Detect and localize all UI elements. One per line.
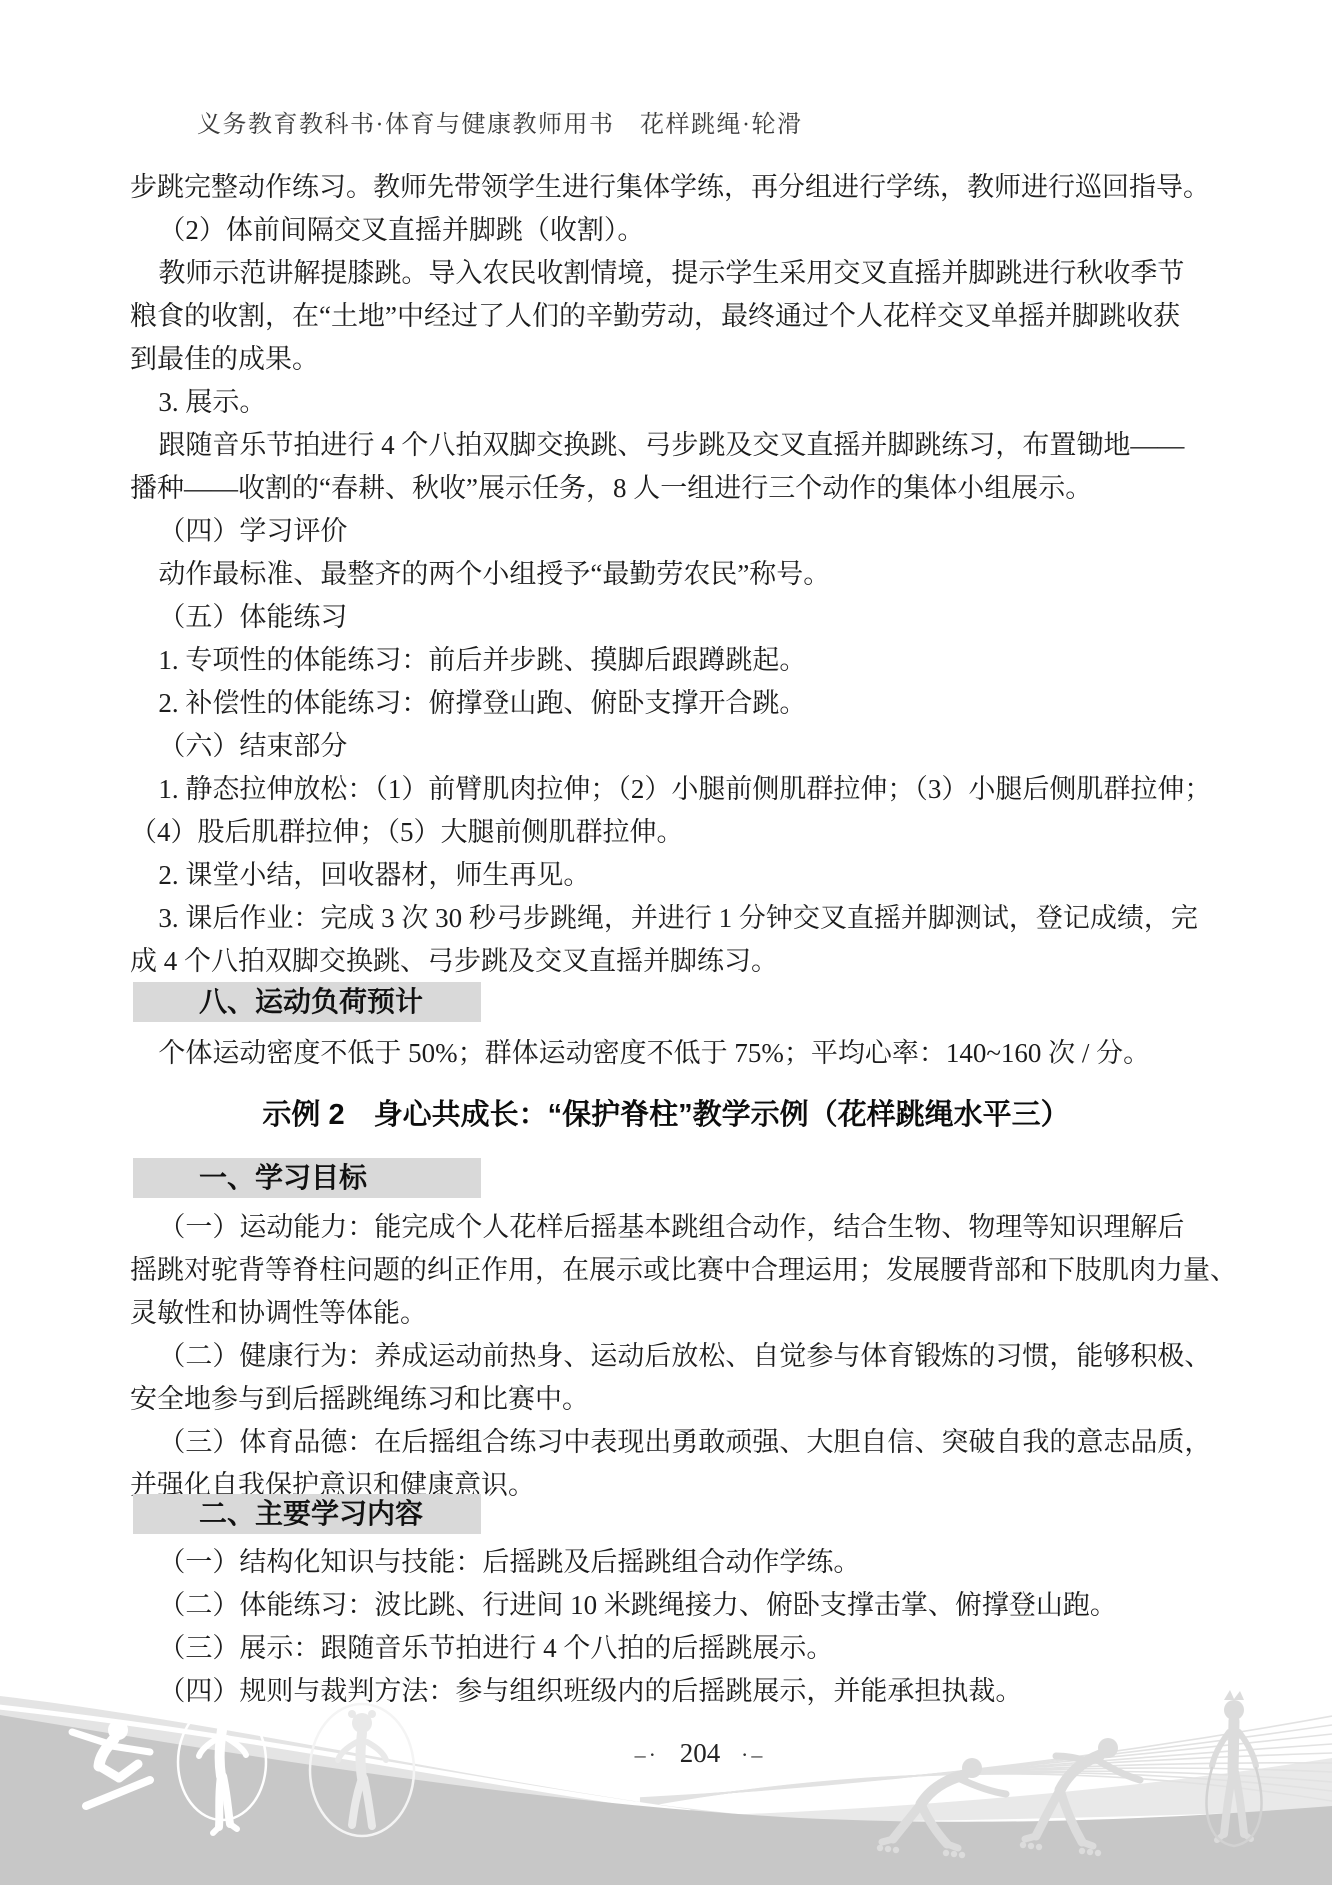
- learning-goals-block: （一）运动能力：能完成个人花样后摇基本跳组合动作，结合生物、物理等知识理解后 摇…: [130, 1206, 1202, 1507]
- body-line: 播种——收割的“春耕、秋收”展示任务，8 人一组进行三个动作的集体小组展示。: [130, 467, 1202, 510]
- body-line: 摇跳对驼背等脊柱问题的纠正作用，在展示或比赛中合理运用；发展腰背部和下肢肌肉力量…: [130, 1249, 1202, 1292]
- page-number-right-ornament: ·–: [741, 1742, 765, 1767]
- body-line: （六）结束部分: [130, 725, 1202, 768]
- body-line: 到最佳的成果。: [130, 338, 1202, 381]
- page-number-row: –· 204 ·–: [0, 1738, 1332, 1769]
- body-line: 教师示范讲解提膝跳。导入农民收割情境，提示学生采用交叉直摇并脚跳进行秋收季节: [130, 252, 1202, 295]
- exercise-load-text: 个体运动密度不低于 50%；群体运动密度不低于 75%；平均心率：140~160…: [130, 1032, 1202, 1075]
- body-line: 2. 补偿性的体能练习：俯撑登山跑、俯卧支撑开合跳。: [130, 682, 1202, 725]
- body-line: （四）规则与裁判方法：参与组织班级内的后摇跳展示，并能承担执裁。: [130, 1670, 1202, 1713]
- body-text-block: 步跳完整动作练习。教师先带领学生进行集体学练，再分组进行学练，教师进行巡回指导。…: [130, 166, 1202, 983]
- body-line: （三）展示：跟随音乐节拍进行 4 个八拍的后摇跳展示。: [130, 1627, 1202, 1670]
- book-page: { "page_header": { "text": "义务教育教科书·体育与健…: [0, 0, 1332, 1885]
- body-line: 步跳完整动作练习。教师先带领学生进行集体学练，再分组进行学练，教师进行巡回指导。: [130, 166, 1202, 209]
- body-line: 2. 课堂小结，回收器材，师生再见。: [130, 854, 1202, 897]
- body-line: （二）健康行为：养成运动前热身、运动后放松、自觉参与体育锻炼的习惯，能够积极、: [130, 1335, 1202, 1378]
- page-number: 204: [680, 1738, 721, 1768]
- body-line: （三）体育品德：在后摇组合练习中表现出勇敢顽强、大胆自信、突破自我的意志品质，: [130, 1421, 1202, 1464]
- section-header-main-content: 二、主要学习内容: [133, 1494, 481, 1534]
- page-number-left-ornament: –·: [635, 1742, 659, 1767]
- example-2-title: 示例 2 身心共成长：“保护脊柱”教学示例（花样跳绳水平三）: [130, 1092, 1202, 1133]
- body-line: 3. 课后作业：完成 3 次 30 秒弓步跳绳，并进行 1 分钟交叉直摇并脚测试…: [130, 897, 1202, 940]
- body-line: 跟随音乐节拍进行 4 个八拍双脚交换跳、弓步跳及交叉直摇并脚跳练习，布置锄地——: [130, 424, 1202, 467]
- body-line: （四）学习评价: [130, 510, 1202, 553]
- body-line: （二）体能练习：波比跳、行进间 10 米跳绳接力、俯卧支撑击掌、俯撑登山跑。: [130, 1584, 1202, 1627]
- body-line: 安全地参与到后摇跳绳练习和比赛中。: [130, 1378, 1202, 1421]
- body-line: 1. 专项性的体能练习：前后并步跳、摸脚后跟蹲跳起。: [130, 639, 1202, 682]
- body-line: 灵敏性和协调性等体能。: [130, 1292, 1202, 1335]
- section-header-learning-goals: 一、学习目标: [133, 1158, 481, 1198]
- running-head: 义务教育教科书·体育与健康教师用书 花样跳绳·轮滑: [197, 104, 802, 139]
- body-line: （一）运动能力：能完成个人花样后摇基本跳组合动作，结合生物、物理等知识理解后: [130, 1206, 1202, 1249]
- body-line: （一）结构化知识与技能：后摇跳及后摇跳组合动作学练。: [130, 1541, 1202, 1584]
- body-line: 粮食的收割，在“土地”中经过了人们的辛勤劳动，最终通过个人花样交叉单摇并脚跳收获: [130, 295, 1202, 338]
- body-line: 成 4 个八拍双脚交换跳、弓步跳及交叉直摇并脚练习。: [130, 940, 1202, 983]
- body-line: 3. 展示。: [130, 381, 1202, 424]
- body-line: 个体运动密度不低于 50%；群体运动密度不低于 75%；平均心率：140~160…: [130, 1032, 1202, 1075]
- body-line: 1. 静态拉伸放松：（1）前臂肌肉拉伸；（2）小腿前侧肌群拉伸；（3）小腿后侧肌…: [130, 768, 1202, 811]
- section-header-exercise-load: 八、运动负荷预计: [133, 982, 481, 1022]
- main-content-block: （一）结构化知识与技能：后摇跳及后摇跳组合动作学练。 （二）体能练习：波比跳、行…: [130, 1541, 1202, 1713]
- body-line: （2）体前间隔交叉直摇并脚跳（收割）。: [130, 209, 1202, 252]
- body-line: （4）股后肌群拉伸；（5）大腿前侧肌群拉伸。: [130, 811, 1202, 854]
- body-line: （五）体能练习: [130, 596, 1202, 639]
- body-line: 动作最标准、最整齐的两个小组授予“最勤劳农民”称号。: [130, 553, 1202, 596]
